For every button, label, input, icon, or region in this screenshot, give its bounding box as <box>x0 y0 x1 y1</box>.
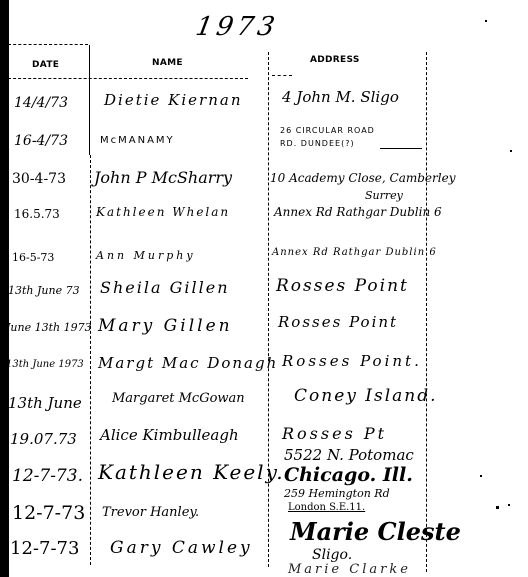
entry-address-line: Rosses Point <box>276 278 409 295</box>
entry-address-line: Annex Rd Rathgar Dublin 6 <box>274 206 442 218</box>
entry-name: Sheila Gillen <box>100 280 230 296</box>
entry-address-line: Coney Island. <box>294 388 438 405</box>
entry-address-line: 26 CIRCULAR ROAD <box>280 127 375 135</box>
header-top-rule <box>8 44 88 45</box>
entry-date: 16.5.73 <box>14 208 60 220</box>
entry-date: 30-4-73 <box>12 172 66 186</box>
address-underline <box>380 148 422 149</box>
entry-name: Margaret McGowan <box>112 392 245 405</box>
header-bottom-rule-2 <box>272 75 292 76</box>
entry-name: Alice Kimbulleagh <box>100 428 239 443</box>
column-header-address: ADDRESS <box>310 55 360 65</box>
entry-name: Ann Murphy <box>96 250 196 261</box>
entry-address-line: Rosses Pt <box>282 426 387 442</box>
entry-date: 13th June 73 <box>8 285 80 296</box>
column-divider-date-name <box>89 45 90 155</box>
column-header-name: NAME <box>152 58 183 68</box>
entry-date: 13th June <box>8 396 82 411</box>
entry-name: Kathleen Whelan <box>96 206 230 218</box>
entry-date: 14/4/73 <box>14 96 68 110</box>
entry-date: June 13th 1973 <box>6 322 92 333</box>
entry-address-line: 5522 N. Potomac <box>284 448 414 463</box>
entry-name: Gary Cawley <box>110 540 253 557</box>
entry-date: 12-7-73. <box>12 468 83 485</box>
entry-date: 13th June 1973 <box>6 360 84 370</box>
entry-date: 12-7-73 <box>12 504 85 523</box>
entry-address-line: Surrey <box>365 190 403 201</box>
entry-address-line: Marie Cleste <box>290 520 461 544</box>
entry-date: 12-7-73 <box>10 540 79 558</box>
scan-speck <box>485 20 487 22</box>
entry-address-line: Sligo. <box>312 548 352 562</box>
entry-date: 16-4/73 <box>14 134 68 148</box>
scan-speck <box>480 475 482 477</box>
entry-date: 19.07.73 <box>10 432 77 447</box>
entry-address-line: Chicago. Ill. <box>284 466 413 485</box>
entry-name: Trevor Hanley. <box>102 506 199 519</box>
entry-address-line: Marie Clarke <box>288 563 411 576</box>
entry-name: Mary Gillen <box>98 318 233 335</box>
entry-name: Dietie Kiernan <box>104 93 243 108</box>
column-divider-name-address <box>268 52 269 567</box>
entry-name: John P McSharry <box>94 170 232 186</box>
scan-speck <box>496 506 499 509</box>
entry-address-line: RD. DUNDEE(?) <box>280 140 355 148</box>
entry-name: Margt Mac Donagh <box>98 356 278 371</box>
column-divider-date-name-lower <box>90 155 91 565</box>
entry-address-line: 4 John M. Sligo <box>282 90 399 105</box>
column-header-date: DATE <box>32 60 59 70</box>
page-year-heading: 1973 <box>193 12 280 42</box>
scan-speck <box>510 150 512 152</box>
entry-address-line: London S.E.11. <box>288 503 365 513</box>
header-bottom-rule <box>8 78 248 79</box>
entry-address-line: Rosses Point. <box>282 354 422 369</box>
entry-address-line: Annex Rd Rathgar Dublin 6 <box>272 248 437 258</box>
entry-address-line: 10 Academy Close, Camberley <box>270 172 455 184</box>
entry-name: Kathleen Keely. <box>98 462 285 482</box>
entry-date: 16-5-73 <box>12 252 54 263</box>
entry-name: McMANAMY <box>100 136 175 146</box>
column-divider-address-right <box>426 52 427 572</box>
entry-address-line: 259 Hemington Rd <box>284 488 390 499</box>
scan-speck <box>508 504 510 506</box>
entry-address-line: Rosses Point <box>278 315 398 330</box>
